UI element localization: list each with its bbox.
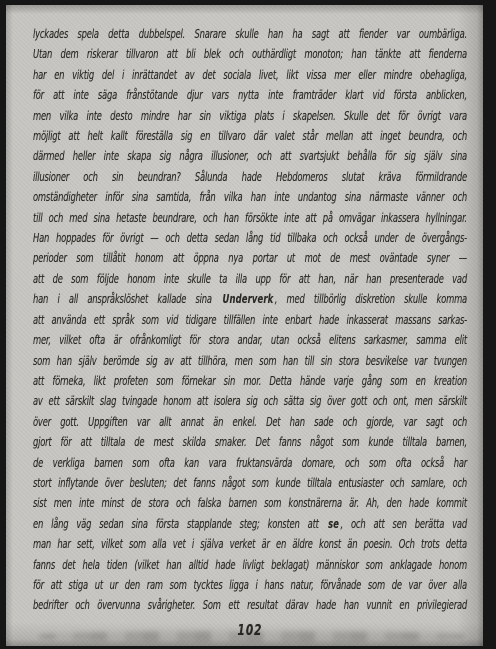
text-line: han i all anspråkslöshet kallade sina Un… bbox=[33, 289, 467, 309]
text-line: Han hoppades för övrigt — och detta seda… bbox=[33, 228, 467, 248]
text-line: gjort för att tilltala de mest skilda sm… bbox=[33, 432, 467, 452]
scan-shadow bbox=[39, 631, 464, 642]
text-line: av ett särskilt slag tvingade honom att … bbox=[33, 391, 467, 411]
text-line: perioder som tillåtit honom att öppna ny… bbox=[33, 248, 467, 268]
text-line: som han själv berömde sig av att tillhör… bbox=[33, 351, 467, 371]
emphasized-word: se bbox=[327, 517, 341, 531]
text-segment: han i all anspråkslöshet kallade sina bbox=[33, 292, 212, 306]
text-line: fanns det hela tiden (vilket han alltid … bbox=[33, 555, 467, 575]
text-line: att de som följde honom inte skulle ta i… bbox=[33, 269, 467, 289]
text-line: för att stiga ut ur den ram som tycktes … bbox=[33, 575, 467, 595]
text-segment: , med tillbörlig diskretion skulle komma bbox=[275, 292, 467, 306]
text-line: att använda ett språk som vid tidigare t… bbox=[33, 310, 467, 330]
text-line: men vilka inte desto mindre har sin vikt… bbox=[33, 106, 467, 126]
book-page: lyckades spela detta dubbelspel. Snarare… bbox=[6, 5, 483, 646]
text-line: stort inflytande över besluten; det fann… bbox=[33, 473, 467, 493]
text-line: har en viktig del i inrättandet av det s… bbox=[33, 65, 467, 85]
text-line: till och med sina hetaste beundrare, och… bbox=[33, 208, 467, 228]
text-line: för att inte säga frånstötande djur vars… bbox=[33, 85, 467, 105]
text-segment: en lång väg sedan sina första stapplande… bbox=[33, 517, 319, 531]
text-line: bedrifter och övervunna svårigheter. Som… bbox=[33, 595, 467, 615]
text-line: en lång väg sedan sina första stapplande… bbox=[33, 514, 467, 534]
page-text: lyckades spela detta dubbelspel. Snarare… bbox=[33, 24, 467, 642]
text-line: Utan dem riskerar tillvaron att bli blek… bbox=[33, 44, 467, 64]
text-line: möjligt att helt kallt föreställa sig en… bbox=[33, 126, 467, 146]
emphasized-word: Underverk bbox=[221, 292, 275, 306]
text-line: illusioner och sin beundran? Sålunda had… bbox=[33, 167, 467, 187]
text-segment: , och att sen berätta vad bbox=[341, 517, 467, 531]
text-line: mer, vilket ofta är ofrånkomligt för sto… bbox=[33, 330, 467, 350]
text-line: omständigheter inför sina samtida, från … bbox=[33, 187, 467, 207]
text-line: över gott. Uppgiften var allt annat än e… bbox=[33, 412, 467, 432]
text-line: därmed heller inte skapa sig några illus… bbox=[33, 146, 467, 166]
text-line: de verkliga barnen som ofta kan vara fru… bbox=[33, 453, 467, 473]
text-line: sist men inte minst de stora och falska … bbox=[33, 493, 467, 513]
text-line: att förneka, likt profeten som förnekar … bbox=[33, 371, 467, 391]
text-line: man har sett, vilket som alla vet i själ… bbox=[33, 534, 467, 554]
scan-border: lyckades spela detta dubbelspel. Snarare… bbox=[0, 0, 496, 649]
text-line: lyckades spela detta dubbelspel. Snarare… bbox=[33, 24, 467, 44]
